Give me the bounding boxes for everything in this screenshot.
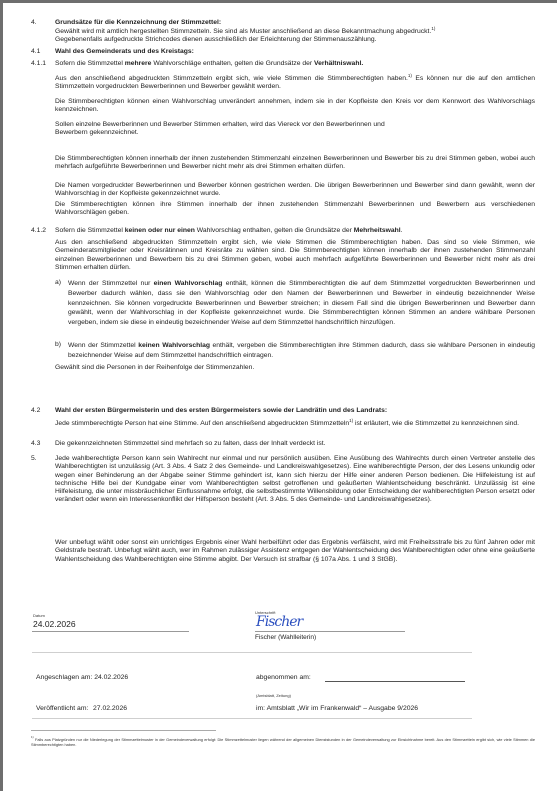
signer-name: Fischer (Wahlleiterin) [255,634,316,641]
published-date: 27.02.2026 [93,705,127,712]
signature-handwriting: Fischer [256,614,302,630]
section-number: 4.2 [31,407,40,415]
removed-date-field[interactable] [325,681,465,682]
section-lead: Sofern die Stimmzettel mehrere Wahlvorsc… [55,60,535,68]
section-title: Wahl der ersten Bürgermeisterin und des … [55,407,535,415]
divider [32,718,472,719]
list-item-text: Wenn der Stimmzettel nur einen Wahlvorsc… [68,279,535,328]
section-number: 4.1.1 [31,60,46,68]
section-number: 4.3 [31,440,40,448]
posted-date: Angeschlagen am: 24.02.2026 [36,674,128,681]
published-label: Veröffentlicht am: [36,705,88,712]
paragraph: Jede wahlberechtigte Person kann sein Wa… [55,455,535,505]
paragraph: Gewählt sind die Personen in der Reihenf… [55,364,535,372]
paragraph: Die Stimmberechtigten können einen Wahlv… [55,98,535,115]
section-number: 4.1.2 [31,227,46,235]
paragraph: Die Stimmberechtigten können innerhalb d… [55,155,535,172]
date-label: Datum [33,613,45,618]
paragraph: Die Stimmberechtigten können ihre Stimme… [55,201,535,218]
removed-label: abgenommen am: [256,674,311,681]
paragraph: Gewählt wird mit amtlich hergestellten S… [55,28,535,45]
date-field[interactable]: 24.02.2026 [33,619,76,629]
footnote: 1) Falls aus Platzgründen nur die Nieder… [31,737,535,747]
paragraph: Die Namen vorgedruckter Bewerberinnen un… [55,182,535,199]
published-medium: im: Amtsblatt „Wir im Frankenwald“ – Aus… [256,705,418,712]
section-lead: Sofern die Stimmzettel keinen oder nur e… [55,227,535,235]
signature-underline [255,631,405,632]
paragraph: Jede stimmberechtigte Person hat eine St… [55,420,535,428]
section-number: 4. [31,19,37,27]
divider [32,652,472,653]
paragraph: Aus den anschließend abgedruckten Stimmz… [55,75,535,92]
paragraph: Wer unbefugt wählt oder sonst ein unrich… [55,539,535,564]
medium-hint: (Amtsblatt, Zeitung) [256,693,291,698]
paragraph: Die gekennzeichneten Stimmzettel sind me… [55,440,535,448]
section-title: Wahl des Gemeinderats und des Kreistags: [55,48,535,56]
section-number: 5. [31,455,37,463]
list-item-text: Wenn der Stimmzettel keinen Wahlvorschla… [68,341,535,361]
document-page: 4. Grundsätze für die Kennzeichnung der … [3,3,557,791]
paragraph: Sollen einzelne Bewerberinnen und Bewerb… [55,121,535,138]
paragraph: Aus den anschließend abgedruckten Stimmz… [55,239,535,272]
date-underline [32,631,189,632]
section-number: 4.1 [31,48,40,56]
section-title: Grundsätze für die Kennzeichnung der Sti… [55,19,535,27]
footnote-separator [31,730,216,731]
